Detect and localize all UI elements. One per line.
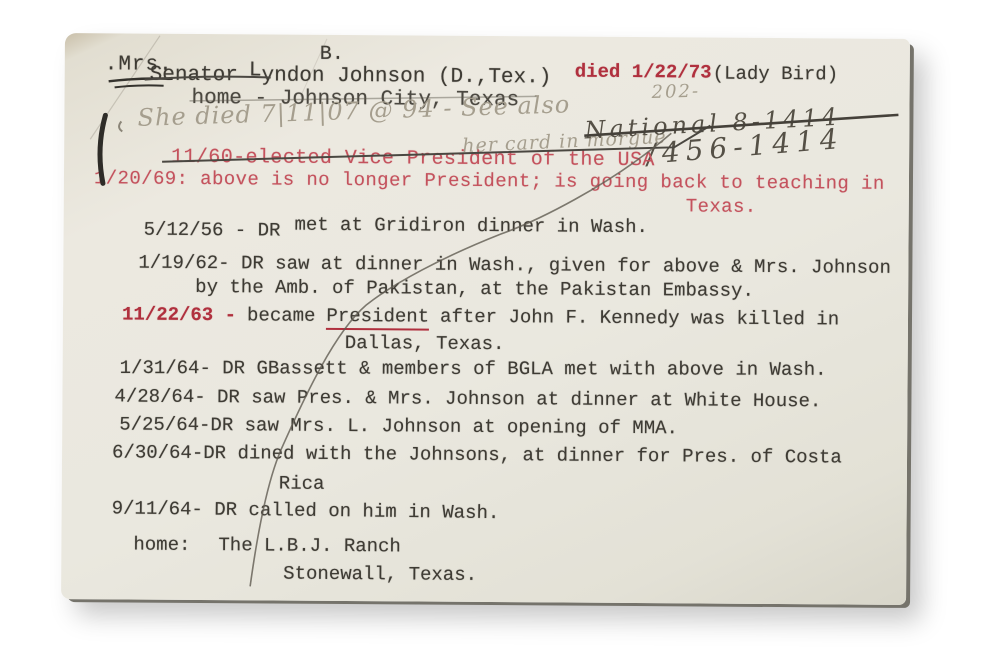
entry-1962-dinner-line2: by the Amb. of Pakistan, at the Pakistan… xyxy=(195,276,754,302)
entry-1962-dinner-line1: 1/19/62- DR saw at dinner in Wash., give… xyxy=(138,252,891,279)
entry-pre: became xyxy=(247,304,316,326)
footer-ranch: The L.B.J. Ranch xyxy=(218,534,401,557)
name-rest: yndon Johnson (D.,Tex.) xyxy=(261,64,551,89)
index-card: B. .Mrs. SenatorLyndon Johnson (D.,Tex.)… xyxy=(61,33,910,605)
entry-post: after John F. Kennedy was killed in xyxy=(440,306,839,331)
entry-president-underlined: President xyxy=(326,305,429,331)
name-struck-senator: Senator xyxy=(150,64,238,88)
entry-1964-white-house: 4/28/64- DR saw Pres. & Mrs. Johnson at … xyxy=(114,385,821,412)
entry-text: met at Gridiron dinner in Wash. xyxy=(294,214,648,238)
scan-stage: B. .Mrs. SenatorLyndon Johnson (D.,Tex.)… xyxy=(0,0,1000,666)
resign-line-1: 1/20/69: above is no longer President; i… xyxy=(94,167,885,195)
name-line: SenatorLyndon Johnson (D.,Tex.) xyxy=(150,64,552,90)
resign-line-2: Texas. xyxy=(686,195,757,217)
footer-home: home:The L.B.J. Ranch xyxy=(133,534,401,558)
entry-1963-president: 11/22/63 -becamePresidentafter John F. K… xyxy=(122,303,839,330)
entry-1964-mma: 5/25/64-DR saw Mrs. L. Johnson at openin… xyxy=(119,413,678,439)
margin-small-mark xyxy=(119,121,122,131)
entry-1963-president-line2: Dallas, Texas. xyxy=(345,332,505,355)
pencil-area-code: 202- xyxy=(651,81,700,103)
footer-stonewall: Stonewall, Texas. xyxy=(283,563,477,586)
entry-1964-costa-rica-line1: 6/30/64-DR dined with the Johnsons, at d… xyxy=(112,441,842,468)
entry-1964-bgla: 1/31/64- DR GBassett & members of BGLA m… xyxy=(120,357,827,381)
nickname-lady-bird: (Lady Bird) xyxy=(713,63,839,86)
name-initial: L xyxy=(249,59,262,82)
entry-date: 5/12/56 - DR xyxy=(144,219,281,242)
footer-home-label: home: xyxy=(133,534,190,556)
entry-1956-gridiron: 5/12/56 - DRmet at Gridiron dinner in Wa… xyxy=(144,219,648,245)
entry-1964-costa-rica-line2: Rica xyxy=(279,473,325,495)
index-letter: B. xyxy=(320,43,344,66)
entry-date-red: 11/22/63 - xyxy=(122,303,236,326)
entry-1964-called: 9/11/64- DR called on him in Wash. xyxy=(112,497,500,524)
